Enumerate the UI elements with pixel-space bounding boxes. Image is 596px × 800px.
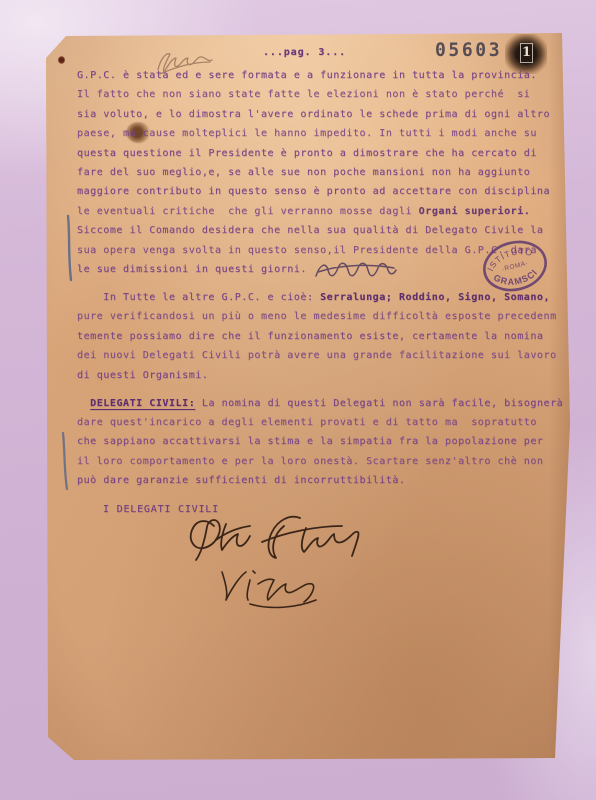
typed-line: le eventuali critiche che gli verranno m… xyxy=(77,202,567,221)
typed-line: fare del suo meglio,e, se alle sue non p… xyxy=(77,163,567,182)
typed-line: Il fatto che non siano state fatte le el… xyxy=(77,85,567,104)
typed-line: G.P.C. è stata ed e sere formata e a fun… xyxy=(77,66,567,85)
stamp-text-middle: ·ROMA· xyxy=(501,260,529,273)
typed-line: paese, ma cause molteplici le hanno impe… xyxy=(77,124,567,143)
typed-line: sia voluto, e lo dimostra l'avere ordina… xyxy=(77,105,567,124)
scan-background: ...pag. 3... 05603 1 G.P.C. è stata ed e… xyxy=(0,0,596,800)
typed-line: dare quest'incarico a degli elementi pro… xyxy=(77,413,567,432)
archive-serial-number: 05603 xyxy=(435,40,502,62)
typed-line: pure verificandosi un più o meno le mede… xyxy=(77,307,567,326)
typed-line: che sappiano accattivarsi la stima e la … xyxy=(77,432,567,451)
overlay-digit: 1 xyxy=(520,43,533,63)
paragraph: In Tutte le altre G.P.C. e cioè: Serralu… xyxy=(77,288,567,385)
punch-hole-mark xyxy=(58,56,65,64)
paragraph: DELEGATI CIVILI: La nomina di questi Del… xyxy=(77,394,567,491)
document-page: ...pag. 3... 05603 1 G.P.C. è stata ed e… xyxy=(46,33,570,760)
typed-line: temente possiamo dire che il funzionamen… xyxy=(77,327,567,346)
istituto-gramsci-stamp: ISTITUTO ·ROMA· GRAMSCI xyxy=(479,236,551,298)
typed-line: di questi Organismi. xyxy=(77,366,567,385)
typed-line: dei nuovi Delegati Civili potrà avere un… xyxy=(77,346,567,365)
typed-line: maggiore contributo in questo senso è pr… xyxy=(77,182,567,201)
typed-line: il loro comportamento e per la loro ones… xyxy=(77,452,567,471)
typed-line: questa questione il Presidente è pronto … xyxy=(77,144,567,163)
page-number-label: ...pag. 3... xyxy=(263,47,346,58)
typed-line: può dare garanzie sufficienti di incorru… xyxy=(77,471,567,490)
signature-caption: I DELEGATI CIVILI xyxy=(103,504,219,515)
typed-line: DELEGATI CIVILI: La nomina di questi Del… xyxy=(77,394,567,413)
